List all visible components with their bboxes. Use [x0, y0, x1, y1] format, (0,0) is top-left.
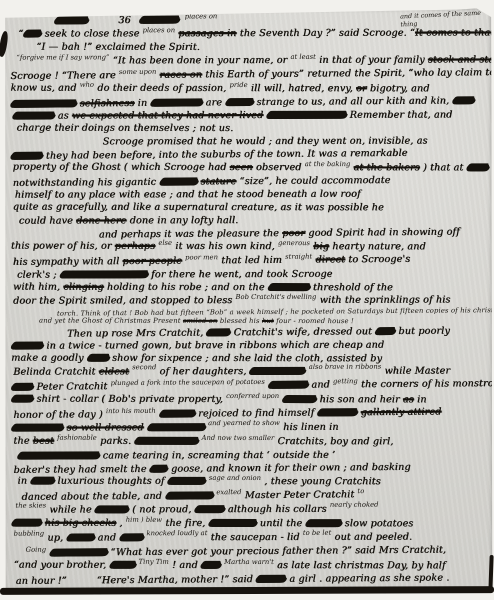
handwriting-text: clerk's ; [17, 269, 60, 280]
interlinear-insertion: Tiny Tim [139, 557, 169, 565]
handwriting-text: Cratchit's wife, dressed out [230, 326, 375, 338]
interlinear-insertion: plunged a fork into the saucepan of pota… [111, 377, 265, 386]
handwriting-text: but poorly [395, 325, 450, 336]
handwriting-text: in a twice - turned gown, but brave in r… [43, 339, 384, 351]
handwriting-text: charge their doings on themselves ; not … [17, 123, 234, 134]
struck-through-text: races on [159, 69, 202, 80]
manuscript-line: himself to any place with ease ; and tha… [15, 187, 490, 201]
interlinear-insertion: into his mouth [106, 406, 156, 414]
handwriting-text: for there he went, and took Scrooge [148, 269, 333, 280]
handwriting-text: door the Spirit smiled, and stopped to b… [13, 295, 236, 307]
handwriting-text: do their deeds of passion, [94, 83, 229, 94]
handwriting-text: “Here's Martha, mother !” said [97, 574, 256, 586]
struck-through-text: gallantly attired [361, 406, 442, 418]
ink-blot [10, 395, 34, 402]
ink-blot [452, 97, 476, 104]
handwriting-text: and yet the Ghost of Christmas Present [39, 316, 183, 324]
spacer [10, 23, 54, 24]
handwriting-text: good Spirit had in showing off [305, 227, 460, 239]
manuscript-line: charge their doings on themselves ; not … [17, 122, 490, 136]
manuscript-line: “I — bah !” exclaimed the Spirit. [36, 41, 489, 55]
ink-blot [17, 452, 101, 459]
interlinear-insertion: to [357, 486, 364, 494]
handwriting-text: holding to his robe ; and on the [104, 282, 268, 293]
handwriting-text: quite as gracefully, and like a supernat… [13, 202, 384, 214]
handwriting-text: could have [19, 215, 76, 226]
ink-blot [10, 383, 34, 390]
interlinear-insertion: conferred upon [226, 391, 279, 399]
interlinear-insertion: fashionable [57, 433, 97, 441]
interlinear-insertion: pride [229, 80, 247, 88]
interlinear-insertion: who [80, 80, 94, 88]
ink-blot [138, 17, 180, 24]
handwriting-text: with him, [13, 282, 63, 293]
interlinear-insertion: some upon [119, 67, 156, 75]
handwriting-text: while Master [381, 365, 450, 376]
handwriting-text: rejoiced to find himself [195, 407, 318, 419]
ink-blot [149, 465, 169, 472]
interlinear-insertion: places on [185, 12, 218, 20]
handwriting-text: , [116, 517, 126, 528]
handwriting-text: his linen in [280, 421, 339, 432]
ink-blot [11, 519, 43, 526]
interlinear-insertion: second [132, 363, 156, 371]
handwriting-text: in that of your family [316, 55, 428, 66]
ink-blot [317, 409, 359, 416]
ink-blot [66, 534, 96, 541]
handwriting-text: in [17, 475, 30, 486]
interlinear-insertion: knocked loudly at [146, 529, 207, 537]
handwriting-text: ) that at [420, 162, 467, 173]
handwriting-text: the Seventh Day ?” said Scrooge. “ [236, 28, 414, 39]
struck-through-text: direct [315, 254, 345, 265]
ink-blot [164, 492, 214, 499]
manuscript-line: “ seek to close these places on passages… [18, 26, 489, 41]
handwriting-text: done in any lofty hall. [126, 215, 238, 226]
handwriting-text: Scrooge ! “There are [10, 70, 119, 82]
handwriting-text: in [414, 394, 427, 405]
handwriting-text: this power of his, or [11, 241, 115, 252]
ink-blot [12, 113, 56, 120]
ink-blot [53, 17, 89, 24]
ink-blot [94, 506, 130, 513]
ink-blot [109, 561, 137, 568]
handwriting-text: shirt - collar ( Bob's private property, [33, 393, 226, 404]
handwriting-text: “It has been done in your name, or [109, 55, 290, 66]
struck-through-text: his big cheeks [45, 517, 116, 528]
interlinear-insertion: bubbling [14, 530, 45, 538]
handwriting-text: ill will, hatred, envy, [248, 83, 356, 94]
handwriting-text: until the [257, 518, 306, 529]
interlinear-insertion: else [158, 238, 172, 246]
handwriting-text: hearty nature, and [329, 241, 426, 252]
handwriting-text: Master Peter Cratchit [241, 489, 357, 501]
struck-through-text: big [313, 241, 329, 252]
handwriting-text: his sympathy with all [13, 256, 123, 268]
handwriting-text: , these young Cratchits [261, 476, 381, 487]
struck-through-text: clinging [63, 282, 103, 293]
handwriting-text: know us, and [10, 83, 79, 94]
interlinear-insertion: Martha warn't [224, 557, 274, 565]
interlinear-insertion: sage and onion [209, 473, 261, 481]
handwriting-text: as [55, 110, 72, 121]
handwriting-text: Scrooge promised that he would ; and the… [103, 136, 428, 148]
manuscript-page: and it comes of the same thing 36places … [2, 8, 493, 591]
struck-through-text: passages in [178, 28, 236, 39]
manuscript-lines: 36places on“ seek to close these places … [10, 12, 490, 586]
struck-through-text: or [356, 83, 367, 94]
handwriting-text: up, [44, 532, 66, 543]
manuscript-line: quite as gracefully, and like a supernat… [13, 201, 490, 215]
handwriting-text: Then up rose Mrs Cratchit, [67, 327, 206, 339]
handwriting-text: and perhaps it was the pleasure the [99, 228, 282, 240]
interlinear-insertion: getting [333, 376, 358, 384]
ink-blot [466, 164, 490, 171]
handwriting-text: that led him [218, 255, 285, 267]
handwriting-text: while he [46, 504, 95, 515]
struck-through-text: selfishness [80, 98, 135, 109]
ink-blot [29, 477, 55, 484]
ink-blot [194, 506, 226, 513]
ink-blot [281, 396, 317, 403]
manuscript-line: an hour !”“Here's Martha, mother !” said… [16, 571, 491, 588]
handwriting-text: parks. [97, 435, 135, 446]
manuscript-line: as we expected that they had never lived… [13, 108, 490, 122]
handwriting-text: goose, and known it for their own ; and … [168, 461, 411, 474]
handwriting-text: with the sprinklings of his [316, 294, 450, 305]
handwriting-text: Belinda Cratchit [13, 366, 99, 377]
handwriting-text: Remember that, and [346, 109, 452, 120]
handwriting-text: honor of the day ) [13, 409, 106, 421]
handwriting-text: “What has ever got your precious father … [107, 544, 446, 558]
ink-blot [10, 100, 78, 108]
struck-through-text: It comes to that [415, 27, 493, 38]
interlinear-insertion: the skies [16, 502, 47, 510]
struck-through-text: poor people [122, 256, 182, 267]
ink-blot [10, 424, 64, 431]
interlinear-insertion: Bob Cratchit's dwelling [235, 292, 316, 300]
spacer [179, 22, 185, 23]
handwriting-text: out and peeled. [331, 531, 412, 542]
manuscript-line: the best fashionable parks. And now two … [13, 434, 490, 449]
ink-blot [206, 329, 232, 336]
handwriting-text: make a goodly [11, 352, 87, 363]
handwriting-text: to Scrooge's [345, 254, 410, 266]
interlinear-insertion: nearly choked [330, 501, 379, 509]
handwriting-text: “size”, he could accommodate [236, 175, 390, 187]
spacer [88, 22, 118, 23]
interlinear-insertion: generous [278, 239, 310, 247]
ink-blot [267, 381, 309, 388]
interlinear-insertion: to be let [303, 529, 331, 537]
spacer [67, 582, 97, 583]
handwriting-text: ! and [169, 559, 201, 570]
handwriting-text: “I — bah !” exclaimed the Spirit. [36, 42, 200, 53]
struck-through-text: stock and stand [428, 54, 493, 65]
ink-blot [266, 112, 348, 119]
handwriting-text: as late last christmas Day, by half [274, 560, 446, 571]
interlinear-insertion: him ) blew [126, 515, 162, 523]
handwriting-text: the corners of his monstrous [358, 378, 493, 390]
ink-blot [23, 31, 43, 38]
interlinear-insertion: also brave in ribbons [309, 363, 381, 371]
handwriting-text: an hour !” [16, 575, 67, 586]
struck-through-text: perhaps [115, 241, 155, 252]
handwriting-text: it was his own kind, [172, 241, 278, 252]
interlinear-insertion: straight [285, 252, 312, 260]
handwriting-text: the fire, [162, 517, 208, 528]
handwriting-text: the saucepan - lid [207, 531, 302, 542]
interlinear-insertion: exalted [216, 487, 241, 495]
struck-through-text: hut [262, 317, 274, 325]
ink-blot [118, 534, 144, 541]
handwriting-text: although his collars [225, 503, 330, 514]
handwriting-text: are [202, 97, 225, 108]
ink-blot [134, 437, 200, 444]
interlinear-insertion: And now two smaller [202, 433, 275, 441]
interlinear-insertion: poor men [185, 253, 218, 261]
struck-through-text: done here [76, 215, 126, 226]
struck-through-text: so well dressed [67, 422, 144, 433]
ink-blot [146, 424, 206, 431]
ink-blot [255, 575, 287, 582]
struck-through-text: at the bakers [354, 162, 420, 173]
manuscript-line: clerk's ; for there he went, and took Sc… [17, 267, 490, 281]
interlinear-insertion: places on [143, 26, 176, 34]
handwriting-text: strange to us, and all our kith and kin, [253, 95, 452, 108]
handwriting-text: the [13, 435, 32, 446]
handwriting-text: of her daughters, [156, 366, 249, 377]
handwriting-text: a girl . appearing as she spoke . [286, 572, 449, 584]
handwriting-text: in [134, 98, 150, 109]
ink-blot [374, 328, 396, 335]
struck-through-text: poor [282, 228, 305, 239]
struck-through-text: as [403, 394, 414, 405]
handwriting-text: Peter Cratchit [33, 381, 110, 393]
handwriting-text: his son and heir [316, 394, 403, 405]
handwriting-text: and [94, 532, 119, 543]
struck-through-text: stature [200, 176, 236, 187]
handwriting-text: four - roomed house ! [274, 317, 354, 325]
ink-blot [86, 354, 110, 361]
handwriting-text: observed [253, 162, 305, 173]
ink-blot [305, 520, 343, 527]
handwriting-text: luxurious thoughts of [54, 475, 167, 486]
ink-blot [267, 284, 311, 291]
ink-blot [158, 178, 198, 185]
handwriting-text: seek to close these [41, 28, 142, 39]
handwriting-text: “and your brother, [14, 559, 110, 570]
handwriting-text: slow potatoes [341, 518, 413, 529]
ink-blot [167, 477, 207, 484]
handwriting-text: Cratchits, boy and girl, [274, 436, 393, 447]
handwriting-text: bigotry, and [367, 83, 430, 94]
ink-blot [249, 367, 307, 374]
interlinear-insertion: at the baking [305, 160, 351, 168]
struck-through-text: we expected that they had never lived [72, 110, 263, 122]
spacer [131, 22, 139, 23]
handwriting-text: property of the Ghost ( which Scrooge ha… [13, 162, 230, 173]
handwriting-text: himself to any place with ease ; and tha… [15, 189, 361, 201]
manuscript-line: his big cheeks , him ) blew the fire, un… [12, 516, 491, 531]
handwriting-text: 36 [118, 15, 131, 26]
ink-blot [10, 342, 44, 349]
interlinear-insertion: Going [26, 545, 46, 553]
handwriting-text: threshold of the [310, 282, 393, 293]
struck-through-text: seen [230, 162, 253, 173]
manuscript-line: Then up rose Mrs Cratchit, Cratchit's wi… [67, 324, 490, 340]
handwriting-text: came tearing in, screaming that ‘ outsid… [99, 449, 335, 461]
ink-blot [59, 271, 149, 278]
manuscript-line: make a goodly show for sixpence ; and sh… [11, 351, 490, 365]
ink-blot [200, 561, 222, 568]
handwriting-text: notwithstanding his gigantic [13, 177, 160, 189]
interlinear-insertion: at least [290, 52, 315, 60]
handwriting-text: and [308, 379, 333, 390]
page-bottom-edge [0, 586, 494, 595]
interlinear-insertion: and yearned to show [208, 419, 280, 427]
handwriting-text: blessed his [218, 317, 262, 325]
interlinear-insertion: “forgive me if I say wrong” [16, 53, 109, 61]
ink-blot [208, 520, 258, 527]
struck-through-text: best [33, 435, 54, 446]
handwriting-text: they had been before, into the suburbs o… [43, 148, 408, 162]
struck-through-text: eldest [99, 366, 129, 377]
handwriting-text: ( not proud, [129, 504, 195, 515]
ink-blot [150, 99, 204, 106]
ink-blot [10, 153, 44, 160]
ink-blot [158, 410, 196, 417]
ink-blot [224, 99, 254, 106]
struck-through-text: smiled on [183, 317, 218, 325]
scanned-page-background: and it comes of the same thing 36places … [0, 0, 494, 600]
ink-blot [48, 549, 108, 556]
handwriting-text: this Earth of yours” returned the Spirit… [202, 67, 493, 80]
